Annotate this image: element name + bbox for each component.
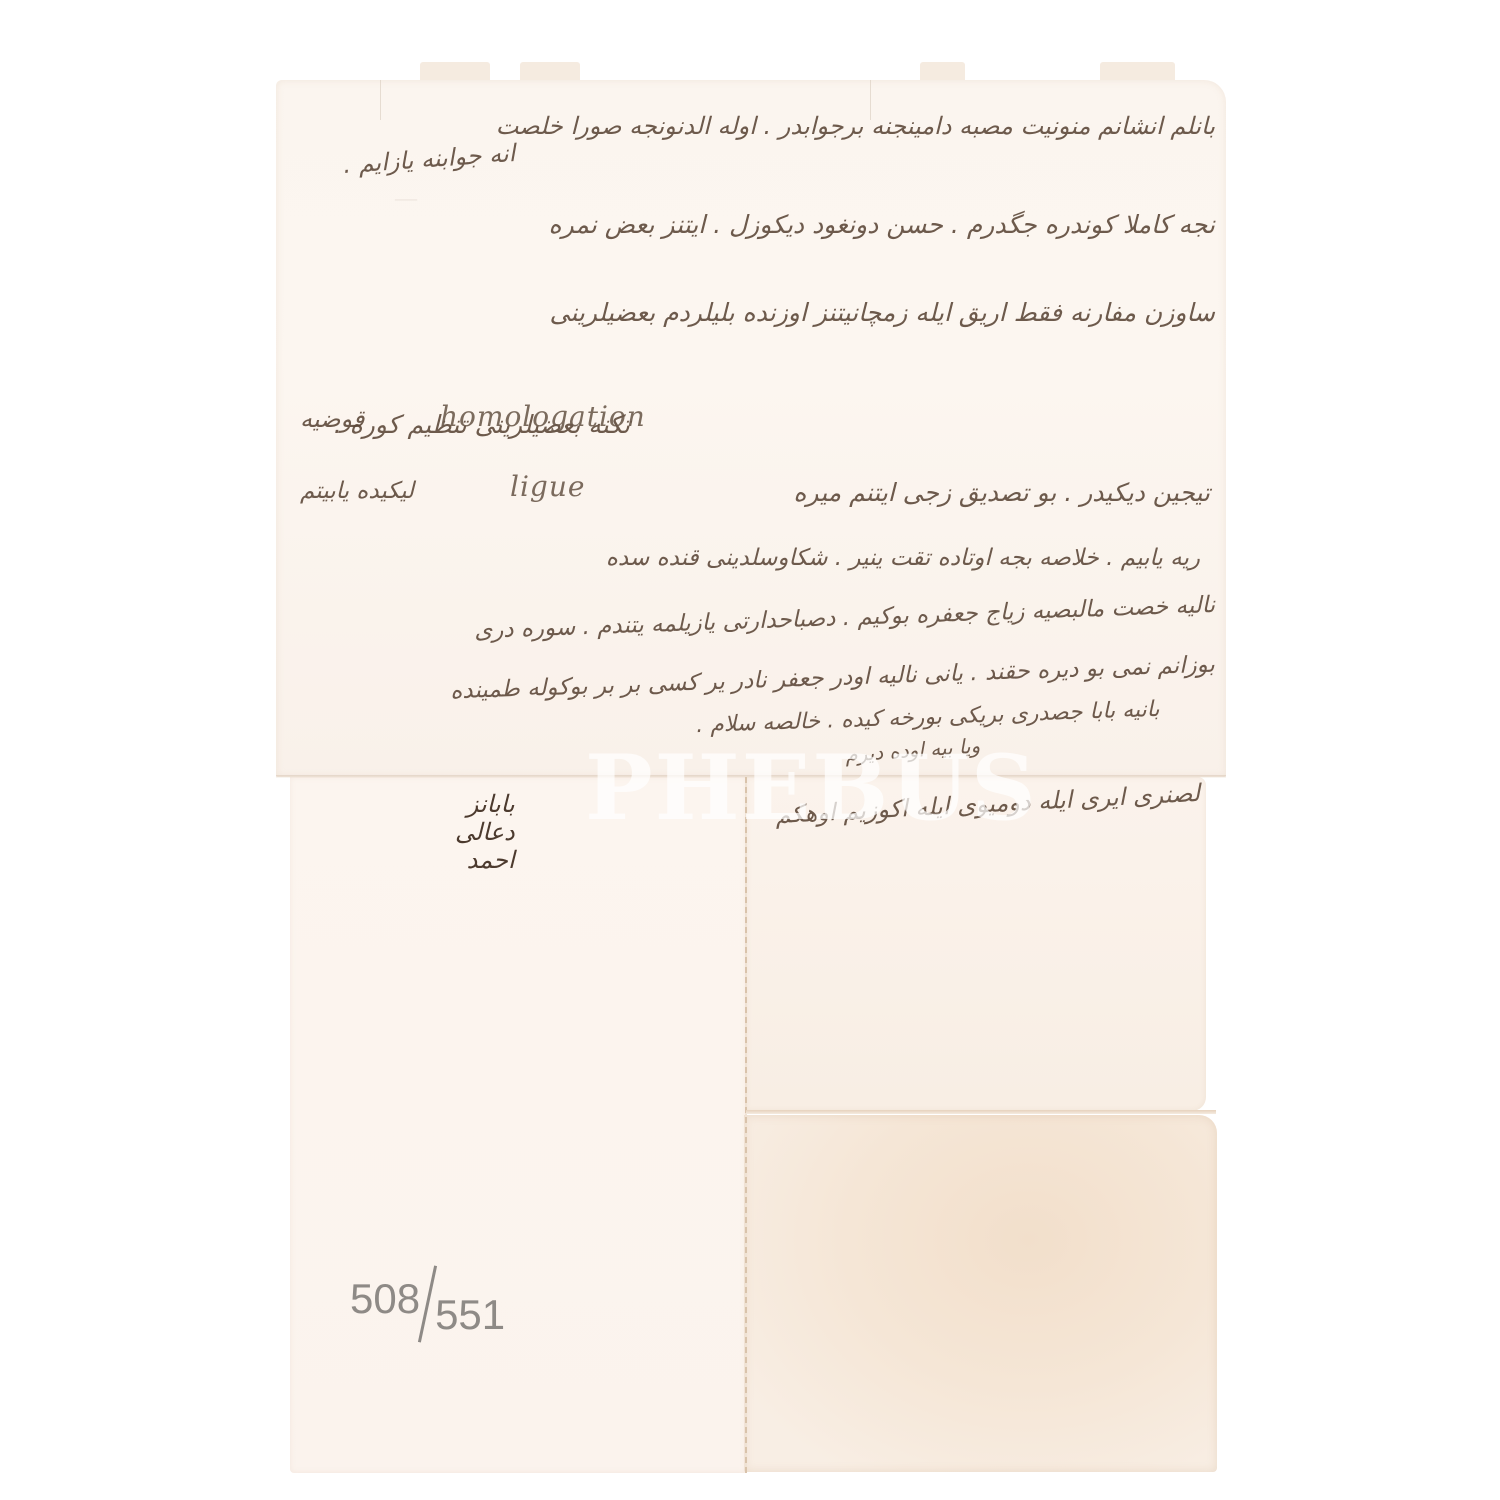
letter-fragment: لیکیده یابیتم [300, 478, 414, 504]
latin-word: ligue [510, 470, 585, 503]
paper-stained-corner-panel [744, 1115, 1217, 1472]
lower-fold-line [746, 1110, 1216, 1114]
letter-line: ساوزن مفارنه فقط اریق ایله زمچانیتنز اوز… [550, 298, 1215, 327]
paper-lower-right-panel [746, 777, 1206, 1111]
archive-number-numerator: 508 [350, 1275, 420, 1322]
letter-line: تیجین دیکیدر . بو تصدیق زجی ایتنم میره [793, 478, 1210, 507]
fold-crease [380, 80, 381, 120]
paper-lower-left-panel [290, 777, 746, 1473]
bleed-through-text: — [395, 185, 417, 211]
latin-word: homologation [440, 400, 646, 433]
signature: بابانز دعالی احمد [455, 790, 515, 874]
letter-document: — بانلم انشانم منونیت مصبه دامینجنه برجو… [0, 0, 1500, 1500]
vertical-fold-line [745, 777, 747, 1473]
letter-line: بانلم انشانم منونیت مصبه دامینجنه برجواب… [496, 112, 1215, 140]
archive-number: 508551 [350, 1265, 505, 1323]
archive-number-denominator: 551 [435, 1291, 505, 1338]
letter-fragment: قوضیه [300, 405, 364, 433]
signature-line: بابانز [455, 790, 515, 818]
letter-line: نجه کاملا کوندره جگدرم . حسن دونغود دیکو… [549, 210, 1215, 239]
letter-line: ریه یابیم . خلاصه بجه اوتاده تقت ینیر . … [606, 545, 1200, 571]
signature-line: دعالی [455, 818, 515, 846]
horizontal-fold-line [276, 775, 1226, 778]
signature-line: احمد [455, 846, 515, 874]
